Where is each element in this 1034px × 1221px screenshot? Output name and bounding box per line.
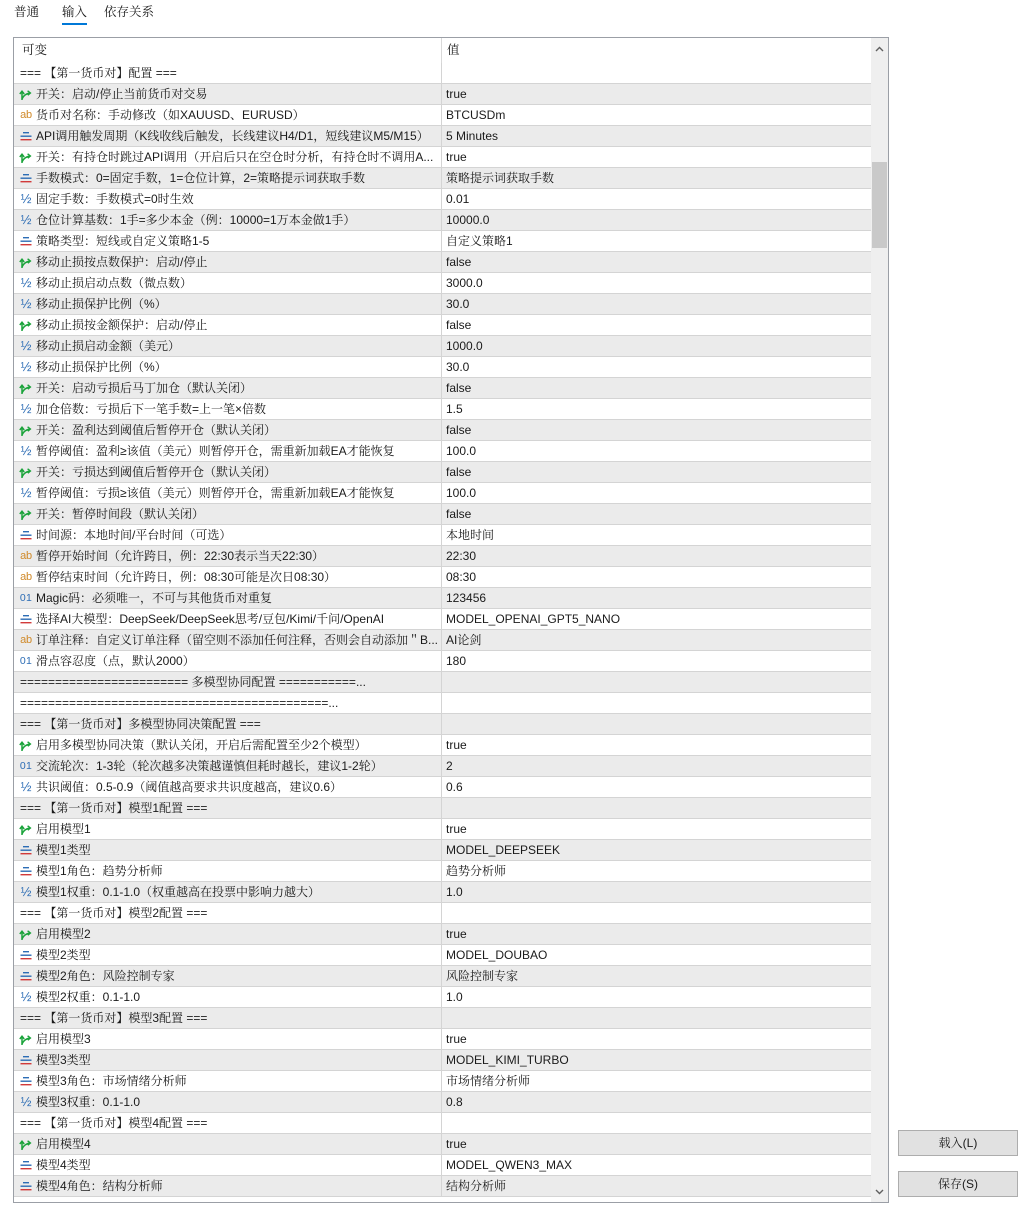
tab-general[interactable]: 普通 [14,3,39,21]
parameter-row[interactable]: 移动止损启动点数（微点数）3000.0 [14,273,871,294]
parameter-row[interactable]: 开关：盈利达到阈值后暂停开仓（默认关闭）false [14,420,871,441]
bool-arrow-icon [18,378,34,398]
parameter-row[interactable]: 开关：暂停时间段（默认关闭）false [14,504,871,525]
parameter-name-cell[interactable]: 滑点容忍度（点，默认2000） [14,651,441,671]
parameter-name-cell[interactable]: === 【第一货币对】模型3配置 === [14,1008,441,1028]
parameter-name-cell[interactable]: 暂停开始时间（允许跨日，例：22:30表示当天22:30） [14,546,441,566]
inputs-grid: 可变 值 === 【第一货币对】配置 ===开关：启动/停止当前货币对交易tru… [13,37,889,1203]
enum-list-icon [18,609,34,629]
parameter-row[interactable]: 模型3角色：市场情绪分析师市场情绪分析师 [14,1071,871,1092]
enum-list-icon [18,168,34,188]
parameter-row[interactable]: Magic码：必须唯一，不可与其他货币对重复123456 [14,588,871,609]
parameter-row[interactable]: 加仓倍数：亏损后下一笔手数=上一笔×倍数1.5 [14,399,871,420]
parameter-name: 共识阈值：0.5-0.9（阈值越高要求共识度越高，建议0.6） [36,777,342,797]
parameter-name: 暂停阈值：亏损≥该值（美元）则暂停开仓，需重新加载EA才能恢复 [36,483,395,503]
parameter-name-cell[interactable]: === 【第一货币对】多模型协同决策配置 === [14,714,441,734]
parameter-name-cell[interactable]: ======================== 多模型协同配置 =======… [14,672,441,692]
parameter-value-field[interactable]: 策略提示词获取手数 [441,168,870,188]
parameter-name: Magic码：必须唯一，不可与其他货币对重复 [36,588,272,608]
parameter-name-cell[interactable]: 模型4角色：结构分析师 [14,1176,441,1196]
parameter-value-field[interactable]: 0.6 [441,777,870,797]
parameter-name-cell[interactable]: 仓位计算基数：1手=多少本金（例：10000=1万本金做1手） [14,210,441,230]
double-half-icon [18,399,34,419]
parameter-name: 仓位计算基数：1手=多少本金（例：10000=1万本金做1手） [36,210,355,230]
parameter-name: 订单注释：自定义订单注释（留空则不添加任何注释，否则会自动添加＂B... [36,630,438,650]
int-01-icon [18,756,34,776]
string-ab-icon [18,546,34,566]
parameter-name-cell[interactable]: 开关：暂停时间段（默认关闭） [14,504,441,524]
parameter-row[interactable]: 模型2角色：风险控制专家风险控制专家 [14,966,871,987]
parameter-name-cell[interactable]: === 【第一货币对】模型4配置 === [14,1113,441,1133]
double-half-icon [18,441,34,461]
parameter-name: 开关：启动/停止当前货币对交易 [36,84,207,104]
parameter-value-field[interactable]: AI论剑 [441,630,870,650]
parameter-name-cell[interactable]: API调用触发周期（K线收线后触发，长线建议H4/D1，短线建议M5/M15） [14,126,441,146]
parameter-name: 模型3角色：市场情绪分析师 [36,1071,187,1091]
parameter-name: 模型2权重：0.1-1.0 [36,987,140,1007]
parameter-name-cell[interactable]: 启用模型4 [14,1134,441,1154]
parameter-name-cell[interactable]: 模型3类型 [14,1050,441,1070]
parameter-value-field[interactable]: 市场情绪分析师 [441,1071,870,1091]
parameter-value-field[interactable]: MODEL_QWEN3_MAX [441,1155,870,1175]
parameter-name: 开关：启动亏损后马丁加仓（默认关闭） [36,378,252,398]
parameter-row[interactable]: 开关：有持仓时跳过API调用（开启后只在空仓时分析，有持仓时不调用A...tru… [14,147,871,168]
section-header-row[interactable]: ========================================… [14,693,871,714]
parameter-value-field[interactable]: 结构分析师 [441,1176,870,1196]
parameter-name: 移动止损按点数保护：启动/停止 [36,252,207,272]
parameter-name: 模型2角色：风险控制专家 [36,966,175,986]
parameter-row[interactable]: 交流轮次：1-3轮（轮次越多决策越谨慎但耗时越长，建议1-2轮）2 [14,756,871,777]
parameter-value-field[interactable]: MODEL_KIMI_TURBO [441,1050,870,1070]
enum-list-icon [18,945,34,965]
parameter-name: 手数模式：0=固定手数，1=仓位计算，2=策略提示词获取手数 [36,168,365,188]
parameter-value-field[interactable]: 5 Minutes [441,126,870,146]
parameter-value-field[interactable]: 10000.0 [441,210,870,230]
parameter-name-cell[interactable]: 开关：启动亏损后马丁加仓（默认关闭） [14,378,441,398]
parameter-row[interactable]: 启用模型3true [14,1029,871,1050]
parameter-name: 模型1权重：0.1-1.0（权重越高在投票中影响力越大） [36,882,320,902]
parameter-row[interactable]: 选择AI大模型：DeepSeek/DeepSeek思考/豆包/Kimi/千问/O… [14,609,871,630]
parameter-row[interactable]: 移动止损保护比例（%）30.0 [14,294,871,315]
parameter-name-cell[interactable]: 选择AI大模型：DeepSeek/DeepSeek思考/豆包/Kimi/千问/O… [14,609,441,629]
parameter-name-cell[interactable]: 模型1类型 [14,840,441,860]
parameter-name: 开关：有持仓时跳过API调用（开启后只在空仓时分析，有持仓时不调用A... [36,147,433,167]
parameter-name-cell[interactable]: 启用模型3 [14,1029,441,1049]
parameter-value-field[interactable] [441,693,870,713]
double-half-icon [18,357,34,377]
section-header-row[interactable]: === 【第一货币对】模型3配置 === [14,1008,871,1029]
parameter-value-field[interactable]: true [441,819,870,839]
parameter-value-field[interactable]: 本地时间 [441,525,870,545]
parameter-name: 交流轮次：1-3轮（轮次越多决策越谨慎但耗时越长，建议1-2轮） [36,756,383,776]
parameter-name-cell[interactable]: 移动止损保护比例（%） [14,357,441,377]
enum-list-icon [18,1155,34,1175]
column-header-value[interactable]: 值 [447,38,460,63]
double-half-icon [18,273,34,293]
parameter-name: 模型3权重：0.1-1.0 [36,1092,140,1112]
parameter-row[interactable]: 模型1权重：0.1-1.0（权重越高在投票中影响力越大）1.0 [14,882,871,903]
parameter-row[interactable]: 暂停阈值：盈利≥该值（美元）则暂停开仓，需重新加载EA才能恢复100.0 [14,441,871,462]
parameter-name-cell[interactable]: 开关：亏损达到阈值后暂停开仓（默认关闭） [14,462,441,482]
parameter-value-field[interactable]: true [441,1029,870,1049]
parameter-value-field[interactable]: BTCUSDm [441,105,870,125]
parameter-name-cell[interactable]: 模型2角色：风险控制专家 [14,966,441,986]
parameter-name-cell[interactable]: 开关：启动/停止当前货币对交易 [14,84,441,104]
parameter-value-field[interactable]: 2 [441,756,870,776]
parameter-name-cell[interactable]: 交流轮次：1-3轮（轮次越多决策越谨慎但耗时越长，建议1-2轮） [14,756,441,776]
parameter-name: API调用触发周期（K线收线后触发，长线建议H4/D1，短线建议M5/M15） [36,126,429,146]
parameter-value-field[interactable]: MODEL_OPENAI_GPT5_NANO [441,609,870,629]
parameter-value-field[interactable]: false [441,420,870,440]
parameter-value-field[interactable]: 180 [441,651,870,671]
parameter-row[interactable]: 模型1角色：趋势分析师趋势分析师 [14,861,871,882]
parameter-row[interactable]: 启用模型2true [14,924,871,945]
double-half-icon [18,336,34,356]
parameter-name-cell[interactable]: 固定手数：手数模式=0时生效 [14,189,441,209]
bool-arrow-icon [18,315,34,335]
parameter-name: 模型4类型 [36,1155,91,1175]
parameter-row[interactable]: 启用模型1true [14,819,871,840]
parameter-name: 启用模型1 [36,819,91,839]
parameter-name: 暂停阈值：盈利≥该值（美元）则暂停开仓，需重新加载EA才能恢复 [36,441,395,461]
parameter-value-field[interactable]: false [441,315,870,335]
parameter-name-cell[interactable]: 开关：盈利达到阈值后暂停开仓（默认关闭） [14,420,441,440]
bool-arrow-icon [18,1134,34,1154]
parameter-name: 启用多模型协同决策（默认关闭，开启后需配置至少2个模型） [36,735,367,755]
enum-list-icon [18,861,34,881]
scroll-down-arrow-icon[interactable] [871,1183,888,1200]
column-header-variable[interactable]: 可变 [22,38,47,63]
parameter-name: 开关：盈利达到阈值后暂停开仓（默认关闭） [36,420,276,440]
parameter-row[interactable]: 模型2类型MODEL_DOUBAO [14,945,871,966]
enum-list-icon [18,1071,34,1091]
parameter-row[interactable]: 模型4角色：结构分析师结构分析师 [14,1176,871,1197]
parameter-name: 模型4角色：结构分析师 [36,1176,163,1196]
parameter-name-cell[interactable]: 模型1权重：0.1-1.0（权重越高在投票中影响力越大） [14,882,441,902]
parameter-row[interactable]: 模型3类型MODEL_KIMI_TURBO [14,1050,871,1071]
parameter-name-cell[interactable]: ========================================… [14,693,441,713]
double-half-icon [18,483,34,503]
string-ab-icon [18,630,34,650]
parameter-name: 选择AI大模型：DeepSeek/DeepSeek思考/豆包/Kimi/千问/O… [36,609,384,629]
parameter-name: 策略类型：短线或自定义策略1-5 [36,231,209,251]
parameter-name: 移动止损启动金额（美元） [36,336,180,356]
parameter-name-cell[interactable]: 货币对名称：手动修改（如XAUUSD、EURUSD） [14,105,441,125]
grid-rows: === 【第一货币对】配置 ===开关：启动/停止当前货币对交易true货币对名… [14,63,871,1197]
parameter-name: 移动止损按金额保护：启动/停止 [36,315,207,335]
enum-list-icon [18,126,34,146]
save-button[interactable]: 保存(S) [898,1171,1018,1197]
parameter-name-cell[interactable]: 策略类型：短线或自定义策略1-5 [14,231,441,251]
parameter-name: 启用模型2 [36,924,91,944]
parameter-value-field[interactable]: 3000.0 [441,273,870,293]
parameter-value-field[interactable]: true [441,147,870,167]
parameter-name-cell[interactable]: 时间源：本地时间/平台时间（可选） [14,525,441,545]
parameter-name: 移动止损保护比例（%） [36,294,167,314]
parameter-name-cell[interactable]: 共识阈值：0.5-0.9（阈值越高要求共识度越高，建议0.6） [14,777,441,797]
bool-arrow-icon [18,924,34,944]
tab-bar: 普通 输入 依存关系 [0,0,400,30]
parameter-name: === 【第一货币对】模型3配置 === [20,1008,207,1028]
tab-dependencies[interactable]: 依存关系 [104,3,154,21]
parameter-name: 开关：暂停时间段（默认关闭） [36,504,204,524]
parameter-name-cell[interactable]: 开关：有持仓时跳过API调用（开启后只在空仓时分析，有持仓时不调用A... [14,147,441,167]
parameter-value-field[interactable] [441,1008,870,1028]
double-half-icon [18,987,34,1007]
parameter-name: 模型3类型 [36,1050,91,1070]
parameter-value-field[interactable]: 趋势分析师 [441,861,870,881]
parameter-row[interactable]: 移动止损按金额保护：启动/停止false [14,315,871,336]
parameter-name: 时间源：本地时间/平台时间（可选） [36,525,231,545]
section-header-row[interactable]: === 【第一货币对】模型1配置 === [14,798,871,819]
parameter-value-field[interactable]: 08:30 [441,567,870,587]
parameter-value-field[interactable]: 0.01 [441,189,870,209]
parameter-name: === 【第一货币对】多模型协同决策配置 === [20,714,261,734]
parameter-value-field[interactable] [441,63,870,83]
parameter-value-field[interactable]: 自定义策略1 [441,231,870,251]
parameter-name: 启用模型3 [36,1029,91,1049]
parameter-value-field[interactable] [441,903,870,923]
scrollbar-thumb[interactable] [872,162,887,248]
enum-list-icon [18,840,34,860]
string-ab-icon [18,105,34,125]
parameter-value-field[interactable]: true [441,924,870,944]
parameter-row[interactable]: API调用触发周期（K线收线后触发，长线建议H4/D1，短线建议M5/M15）5… [14,126,871,147]
parameter-name-cell[interactable]: === 【第一货币对】模型1配置 === [14,798,441,818]
parameter-name: === 【第一货币对】模型4配置 === [20,1113,207,1133]
parameter-name-cell[interactable]: === 【第一货币对】配置 === [14,63,441,83]
load-button[interactable]: 载入(L) [898,1130,1018,1156]
enum-list-icon [18,525,34,545]
parameter-name-cell[interactable]: 加仓倍数：亏损后下一笔手数=上一笔×倍数 [14,399,441,419]
parameter-name-cell[interactable]: 模型4类型 [14,1155,441,1175]
parameter-value-field[interactable]: MODEL_DEEPSEEK [441,840,870,860]
double-half-icon [18,210,34,230]
bool-arrow-icon [18,735,34,755]
bool-arrow-icon [18,420,34,440]
parameter-name: 货币对名称：手动修改（如XAUUSD、EURUSD） [36,105,305,125]
parameter-value-field[interactable]: false [441,462,870,482]
double-half-icon [18,882,34,902]
parameter-name: 移动止损启动点数（微点数） [36,273,192,293]
parameter-name-cell[interactable]: 启用模型1 [14,819,441,839]
parameter-name-cell[interactable]: 启用模型2 [14,924,441,944]
bool-arrow-icon [18,84,34,104]
parameter-name-cell[interactable]: 模型3权重：0.1-1.0 [14,1092,441,1112]
parameter-value-field[interactable]: false [441,252,870,272]
parameter-name-cell[interactable]: === 【第一货币对】模型2配置 === [14,903,441,923]
parameter-value-field[interactable]: 0.8 [441,1092,870,1112]
parameter-value-field[interactable] [441,714,870,734]
parameter-name: 加仓倍数：亏损后下一笔手数=上一笔×倍数 [36,399,266,419]
parameter-value-field[interactable]: true [441,84,870,104]
parameter-row[interactable]: 暂停开始时间（允许跨日，例：22:30表示当天22:30）22:30 [14,546,871,567]
parameter-name-cell[interactable]: 移动止损按点数保护：启动/停止 [14,252,441,272]
section-header-row[interactable]: === 【第一货币对】多模型协同决策配置 === [14,714,871,735]
column-resize-handle[interactable] [441,38,442,63]
parameter-value-field[interactable]: 100.0 [441,483,870,503]
vertical-scrollbar[interactable] [871,38,888,1202]
parameter-row[interactable]: 暂停阈值：亏损≥该值（美元）则暂停开仓，需重新加载EA才能恢复100.0 [14,483,871,504]
parameter-value-field[interactable]: 1000.0 [441,336,870,356]
bool-arrow-icon [18,462,34,482]
int-01-icon [18,651,34,671]
section-header-row[interactable]: === 【第一货币对】配置 === [14,63,871,84]
bool-arrow-icon [18,147,34,167]
parameter-value-field[interactable] [441,1113,870,1133]
parameter-name-cell[interactable]: 模型3角色：市场情绪分析师 [14,1071,441,1091]
parameter-row[interactable]: 策略类型：短线或自定义策略1-5自定义策略1 [14,231,871,252]
parameter-row[interactable]: 开关：启动/停止当前货币对交易true [14,84,871,105]
parameter-value-field[interactable]: 100.0 [441,441,870,461]
parameter-name-cell[interactable]: 暂停结束时间（允许跨日，例：08:30可能是次日08:30） [14,567,441,587]
parameter-name: === 【第一货币对】配置 === [20,63,177,83]
parameter-name-cell[interactable]: 启用多模型协同决策（默认关闭，开启后需配置至少2个模型） [14,735,441,755]
parameter-name-cell[interactable]: 模型2类型 [14,945,441,965]
parameter-row[interactable]: 订单注释：自定义订单注释（留空则不添加任何注释，否则会自动添加＂B...AI论剑 [14,630,871,651]
parameter-row[interactable]: 开关：亏损达到阈值后暂停开仓（默认关闭）false [14,462,871,483]
parameter-name-cell[interactable]: 移动止损保护比例（%） [14,294,441,314]
parameter-name: 移动止损保护比例（%） [36,357,167,377]
parameter-name: === 【第一货币对】模型1配置 === [20,798,207,818]
parameter-name-cell[interactable]: 手数模式：0=固定手数，1=仓位计算，2=策略提示词获取手数 [14,168,441,188]
parameter-name-cell[interactable]: 暂停阈值：亏损≥该值（美元）则暂停开仓，需重新加载EA才能恢复 [14,483,441,503]
section-header-row[interactable]: === 【第一货币对】模型2配置 === [14,903,871,924]
parameter-value-field[interactable]: 22:30 [441,546,870,566]
string-ab-icon [18,567,34,587]
parameter-name: 模型1角色：趋势分析师 [36,861,163,881]
parameter-name-cell[interactable]: 订单注释：自定义订单注释（留空则不添加任何注释，否则会自动添加＂B... [14,630,441,650]
parameter-row[interactable]: 货币对名称：手动修改（如XAUUSD、EURUSD）BTCUSDm [14,105,871,126]
parameter-name: 开关：亏损达到阈值后暂停开仓（默认关闭） [36,462,276,482]
grid-header: 可变 值 [14,38,871,63]
parameter-row[interactable]: 模型2权重：0.1-1.01.0 [14,987,871,1008]
parameter-row[interactable]: 移动止损启动金额（美元）1000.0 [14,336,871,357]
parameter-value-field[interactable]: true [441,735,870,755]
parameter-name: 模型1类型 [36,840,91,860]
parameter-row[interactable]: 模型4类型MODEL_QWEN3_MAX [14,1155,871,1176]
enum-list-icon [18,1176,34,1196]
section-header-row[interactable]: === 【第一货币对】模型4配置 === [14,1113,871,1134]
enum-list-icon [18,231,34,251]
parameter-row[interactable]: 移动止损按点数保护：启动/停止false [14,252,871,273]
parameter-name-cell[interactable]: 移动止损启动金额（美元） [14,336,441,356]
parameter-row[interactable]: 启用模型4true [14,1134,871,1155]
parameter-name: 暂停开始时间（允许跨日，例：22:30表示当天22:30） [36,546,324,566]
parameter-value-field[interactable]: true [441,1134,870,1154]
parameter-row[interactable]: 模型1类型MODEL_DEEPSEEK [14,840,871,861]
parameter-row[interactable]: 固定手数：手数模式=0时生效0.01 [14,189,871,210]
scroll-up-arrow-icon[interactable] [871,40,888,57]
parameter-row[interactable]: 移动止损保护比例（%）30.0 [14,357,871,378]
parameter-value-field[interactable]: 30.0 [441,357,870,377]
double-half-icon [18,189,34,209]
parameter-row[interactable]: 开关：启动亏损后马丁加仓（默认关闭）false [14,378,871,399]
parameter-name: 启用模型4 [36,1134,91,1154]
parameter-name: 暂停结束时间（允许跨日，例：08:30可能是次日08:30） [36,567,336,587]
parameter-value-field[interactable]: 1.0 [441,882,870,902]
double-half-icon [18,777,34,797]
parameter-row[interactable]: 共识阈值：0.5-0.9（阈值越高要求共识度越高，建议0.6）0.6 [14,777,871,798]
parameter-value-field[interactable]: 1.5 [441,399,870,419]
parameter-row[interactable]: 启用多模型协同决策（默认关闭，开启后需配置至少2个模型）true [14,735,871,756]
section-header-row[interactable]: ======================== 多模型协同配置 =======… [14,672,871,693]
double-half-icon [18,294,34,314]
parameter-value-field[interactable]: MODEL_DOUBAO [441,945,870,965]
bool-arrow-icon [18,1029,34,1049]
parameter-value-field[interactable] [441,798,870,818]
enum-list-icon [18,1050,34,1070]
parameter-name: ========================================… [20,693,338,713]
parameter-value-field[interactable]: false [441,378,870,398]
int-01-icon [18,588,34,608]
parameter-value-field[interactable]: 123456 [441,588,870,608]
parameter-value-field[interactable] [441,672,870,692]
parameter-name-cell[interactable]: 移动止损按金额保护：启动/停止 [14,315,441,335]
bool-arrow-icon [18,252,34,272]
parameter-row[interactable]: 滑点容忍度（点，默认2000）180 [14,651,871,672]
double-half-icon [18,1092,34,1112]
parameter-name: 模型2类型 [36,945,91,965]
parameter-name: 滑点容忍度（点，默认2000） [36,651,195,671]
parameter-value-field[interactable]: 30.0 [441,294,870,314]
parameter-row[interactable]: 仓位计算基数：1手=多少本金（例：10000=1万本金做1手）10000.0 [14,210,871,231]
parameter-row[interactable]: 暂停结束时间（允许跨日，例：08:30可能是次日08:30）08:30 [14,567,871,588]
parameter-row[interactable]: 时间源：本地时间/平台时间（可选）本地时间 [14,525,871,546]
parameter-row[interactable]: 模型3权重：0.1-1.00.8 [14,1092,871,1113]
parameter-value-field[interactable]: 风险控制专家 [441,966,870,986]
parameter-row[interactable]: 手数模式：0=固定手数，1=仓位计算，2=策略提示词获取手数策略提示词获取手数 [14,168,871,189]
parameter-name: === 【第一货币对】模型2配置 === [20,903,207,923]
bool-arrow-icon [18,504,34,524]
tab-inputs[interactable]: 输入 [62,3,87,21]
parameter-name-cell[interactable]: 模型2权重：0.1-1.0 [14,987,441,1007]
parameter-name: 固定手数：手数模式=0时生效 [36,189,194,209]
parameter-value-field[interactable]: false [441,504,870,524]
parameter-name-cell[interactable]: Magic码：必须唯一，不可与其他货币对重复 [14,588,441,608]
enum-list-icon [18,966,34,986]
parameter-name: ======================== 多模型协同配置 =======… [20,672,366,692]
bool-arrow-icon [18,819,34,839]
parameter-name-cell[interactable]: 暂停阈值：盈利≥该值（美元）则暂停开仓，需重新加载EA才能恢复 [14,441,441,461]
parameter-name-cell[interactable]: 模型1角色：趋势分析师 [14,861,441,881]
parameter-name-cell[interactable]: 移动止损启动点数（微点数） [14,273,441,293]
parameter-value-field[interactable]: 1.0 [441,987,870,1007]
